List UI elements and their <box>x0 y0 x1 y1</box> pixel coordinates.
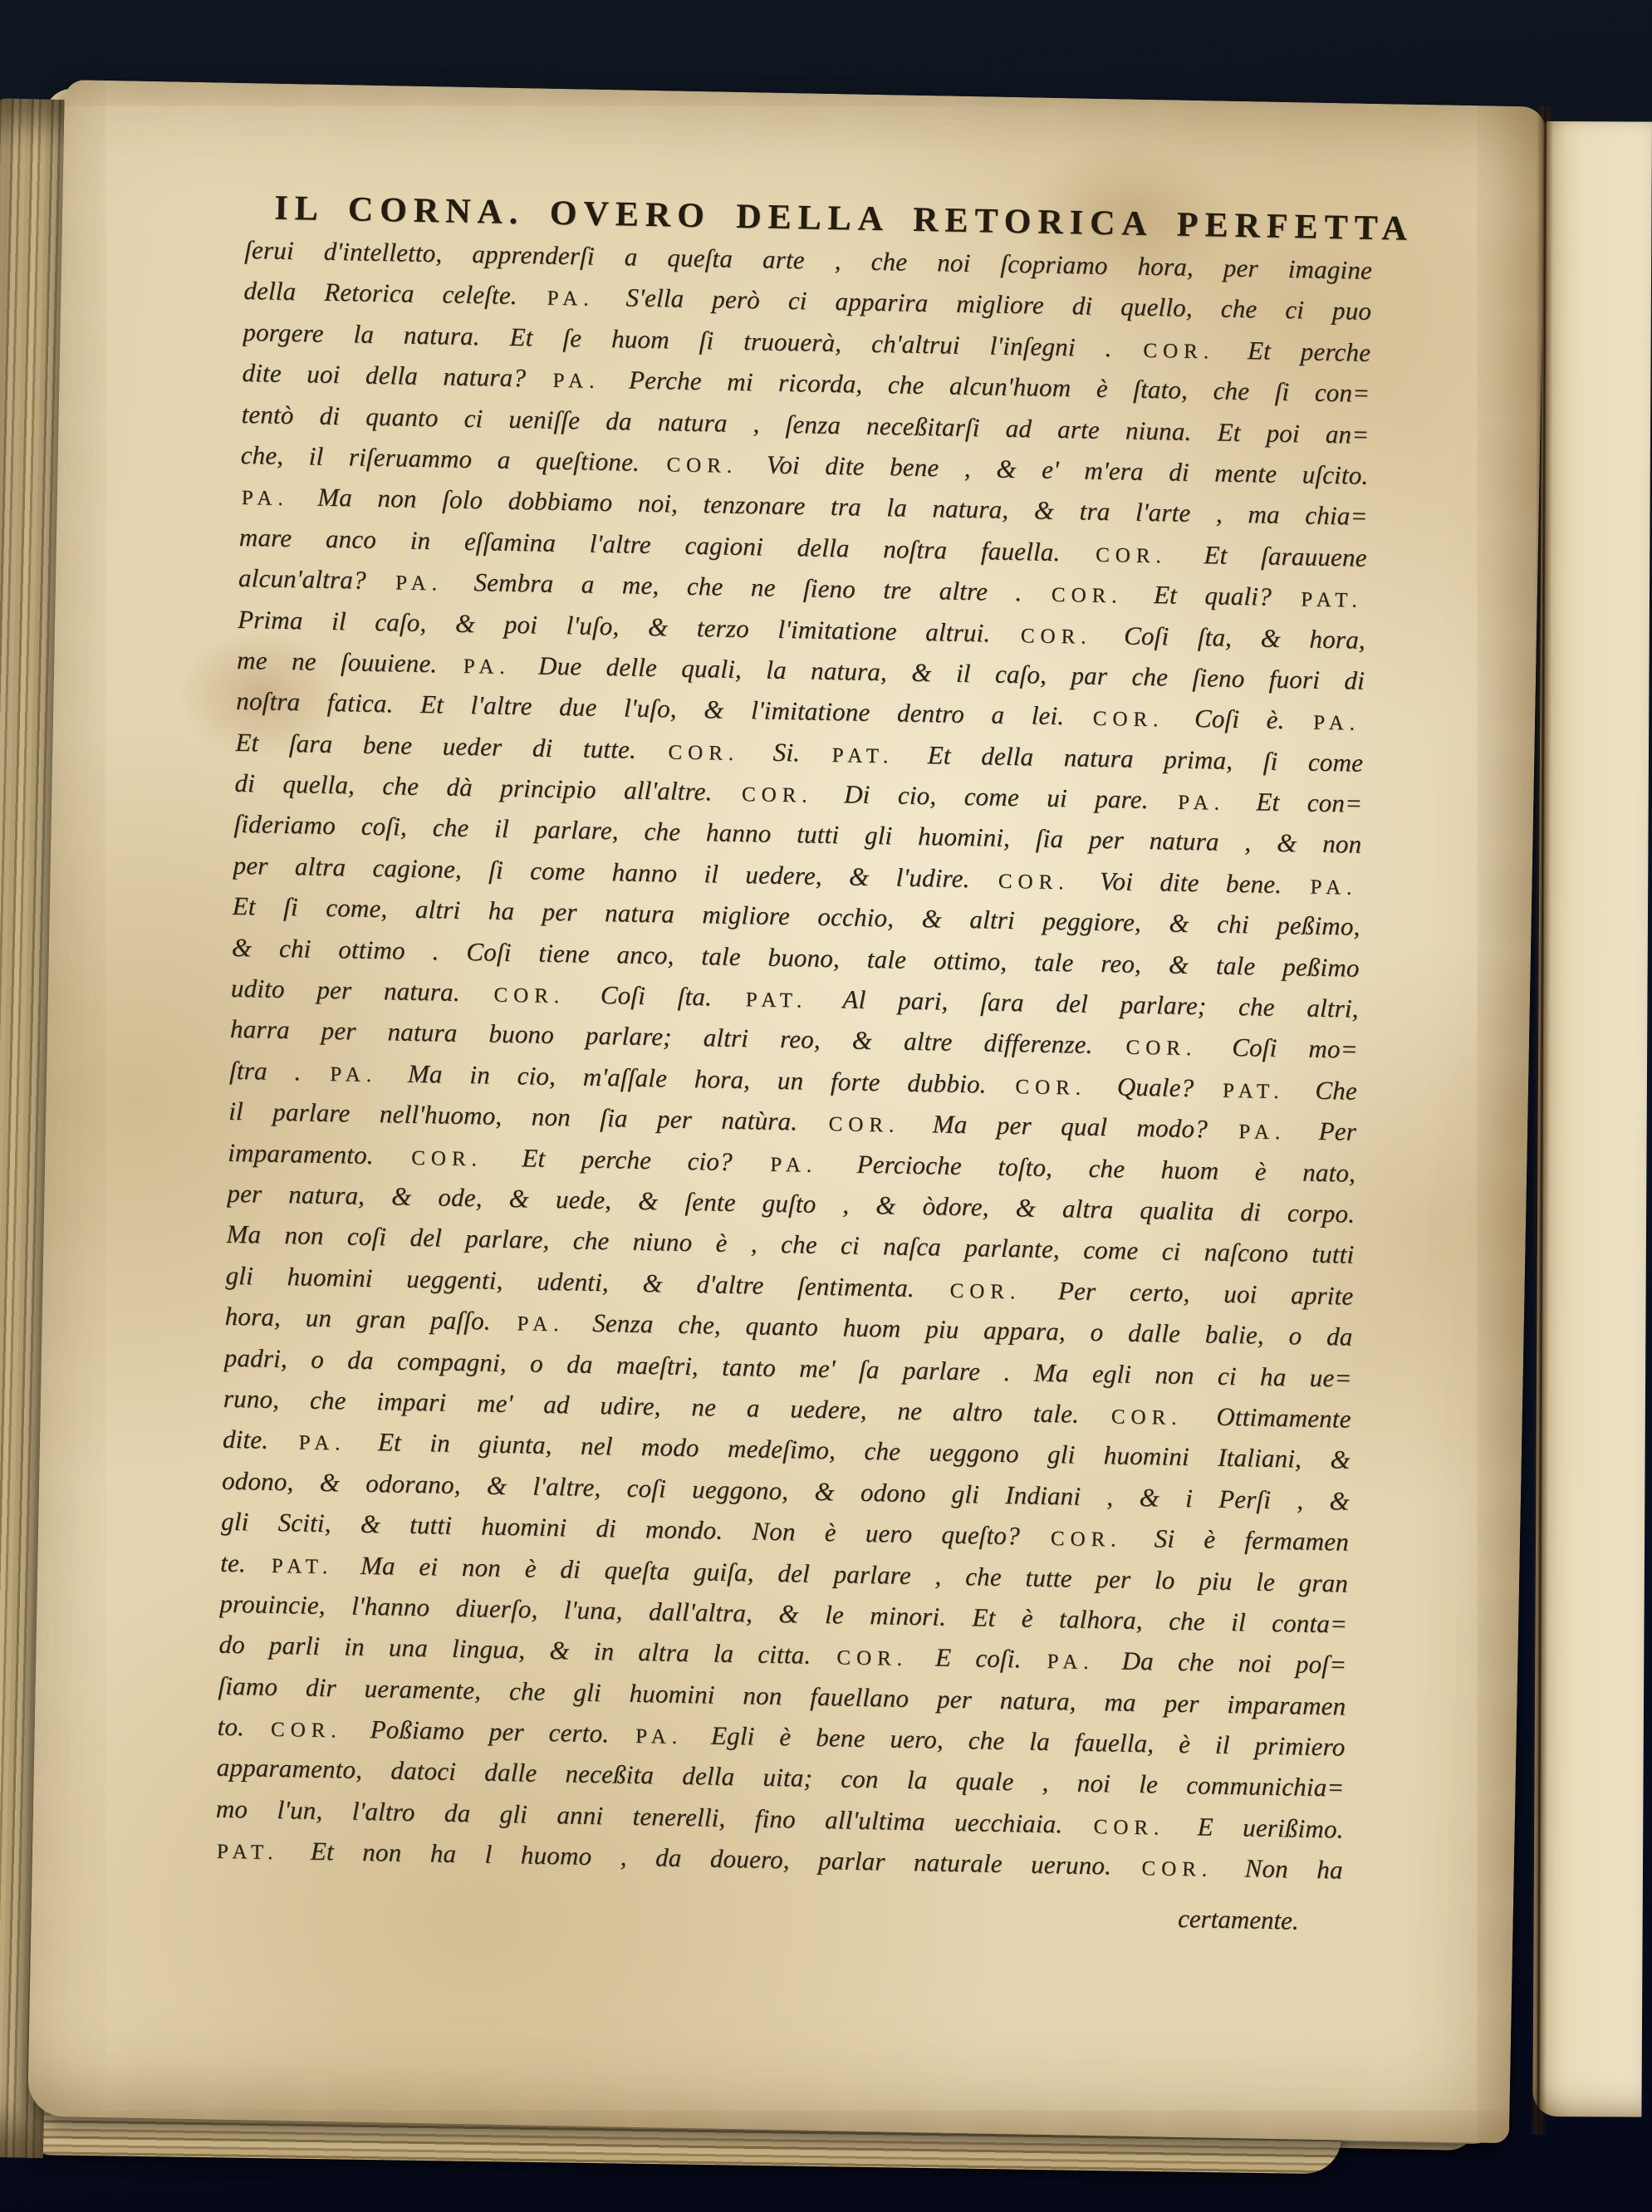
text-run: Perche mi ricorda, che alcun'huom è ſtat… <box>603 365 1370 408</box>
speaker-label: COR. <box>1091 1816 1168 1840</box>
text-run: della Retorica celeſte. <box>243 276 546 311</box>
text-run: Coſi mo= <box>1200 1032 1358 1064</box>
text-run: hora, un gran paſſo. <box>224 1302 515 1336</box>
speaker-label: PA. <box>634 1725 686 1749</box>
speaker-label: COR. <box>826 1113 903 1137</box>
text-run: Ma in cio, m'aſſale hora, un forte dubbi… <box>380 1058 1014 1099</box>
text-run: Si. <box>743 737 831 768</box>
text-run: Egli è bene uero, che la fauella, è il p… <box>686 1720 1346 1762</box>
speaker-label: PAT. <box>269 1554 336 1577</box>
text-block: ſerui d'intelletto, apprenderſi a queſta… <box>213 229 1372 1942</box>
speaker-label: PA. <box>328 1063 380 1086</box>
text-run: Di cio, come ui pare. <box>816 779 1176 815</box>
text-run: Per <box>1289 1116 1356 1145</box>
text-run: Non ha <box>1216 1853 1343 1885</box>
speaker-label: PA. <box>515 1312 567 1336</box>
text-run: gli huomini ueggenti, udenti, & d'altre … <box>225 1261 949 1303</box>
speaker-label: PAT. <box>215 1841 282 1864</box>
speaker-label: PAT. <box>830 744 897 768</box>
text-run: te. <box>220 1547 270 1577</box>
speaker-label: PA. <box>297 1432 349 1455</box>
speaker-label: COR. <box>1094 544 1170 568</box>
text-run: Ottimamente <box>1185 1401 1351 1434</box>
speaker-label: COR. <box>1049 1528 1125 1552</box>
speaker-label: PA. <box>1045 1650 1097 1674</box>
text-run: Per certo, uoi aprite <box>1024 1275 1354 1310</box>
text-run: Da che noi poſ= <box>1097 1646 1346 1679</box>
text-run: do parli in una lingua, & in altra la ci… <box>218 1630 836 1670</box>
text-run: Ma per qual modo? <box>903 1109 1238 1144</box>
text-run: che, il riſeruammo a queſtione. <box>240 440 664 477</box>
speaker-label: PA. <box>1237 1121 1289 1144</box>
speaker-label: PA. <box>1308 875 1360 899</box>
speaker-label: PA. <box>240 487 292 510</box>
speaker-label: PA. <box>394 571 446 595</box>
speaker-label: COR. <box>1013 1076 1090 1100</box>
text-run: di quella, che dà principio all'altre. <box>234 768 740 807</box>
text-run: Al pari, ſara del parlare; che altri, <box>811 984 1359 1023</box>
text-run: E uerißimo. <box>1168 1812 1344 1844</box>
text-run: imparamento. <box>228 1137 410 1170</box>
speaker-label: COR. <box>997 871 1073 895</box>
text-run: Sembra a me, che ne ſieno tre altre . <box>446 567 1051 607</box>
text-run: Coſi è. <box>1167 704 1311 735</box>
speaker-label: COR. <box>409 1146 486 1170</box>
text-run: Et ſarauuene <box>1170 539 1368 571</box>
speaker-label: COR. <box>740 783 816 807</box>
speaker-label: COR. <box>1124 1037 1200 1061</box>
text-run: Et perche <box>1218 335 1371 366</box>
speaker-label: PA. <box>1311 712 1364 735</box>
text-run: E coſi. <box>911 1642 1046 1674</box>
text-run: Quale? <box>1090 1072 1222 1103</box>
speaker-label: PAT. <box>1299 588 1366 611</box>
speaker-label: COR. <box>666 741 743 765</box>
text-run: Coſi ſta, & hora, <box>1095 620 1365 654</box>
text-run: ſtra . <box>229 1056 329 1086</box>
speaker-label: PA. <box>551 370 603 393</box>
speaker-label: COR. <box>1091 708 1168 732</box>
text-run: udito per natura. <box>231 974 493 1008</box>
text-run: Et quali? <box>1125 580 1299 612</box>
speaker-label: COR. <box>1019 625 1096 649</box>
text-run: il parlare nell'huomo, non ſia per natùr… <box>228 1096 827 1136</box>
text-run: Coſi ſta. <box>568 979 744 1012</box>
speaker-label: COR. <box>1050 584 1126 608</box>
text-run: Percioche toſto, che huom è nato, <box>821 1148 1356 1187</box>
text-run: Et ſara bene ueder di tutte. <box>235 728 667 765</box>
text-run: dite. <box>223 1425 297 1455</box>
speaker-label: COR. <box>1110 1405 1186 1430</box>
speaker-label: COR. <box>1140 1857 1216 1881</box>
text-run: dite uoi della natura? <box>242 358 551 393</box>
book-photo-scene: IL CORNA. OVERO DELLA RETORICA PERFETTA … <box>0 0 1652 2212</box>
speaker-label: PA. <box>462 655 514 679</box>
speaker-label: PAT. <box>743 988 811 1012</box>
speaker-label: COR. <box>492 984 568 1008</box>
text-run: to. <box>217 1712 269 1742</box>
speaker-label: PA. <box>545 287 597 311</box>
text-run: Voi dite bene , & e' m'era di mente uſci… <box>741 449 1369 490</box>
speaker-label: COR. <box>664 454 741 478</box>
catchword: certamente. <box>213 1880 1342 1941</box>
speaker-label: PA. <box>768 1153 821 1176</box>
text-run: Poßiamo per certo. <box>345 1714 634 1749</box>
text-run: alcun'altra? <box>238 563 395 595</box>
text-run: Si è fermamen <box>1125 1523 1349 1557</box>
text-run: Et della natura prima, ſi come <box>897 739 1364 777</box>
text-run: Et perche cio? <box>486 1142 769 1176</box>
text-run: Voi dite bene. <box>1072 866 1309 899</box>
speaker-label: COR. <box>835 1647 911 1671</box>
text-run: Et con= <box>1228 787 1363 818</box>
text-run: me ne ſouuiene. <box>237 645 462 679</box>
speaker-label: PA. <box>1176 792 1228 815</box>
book-page: IL CORNA. OVERO DELLA RETORICA PERFETTA … <box>27 80 1547 2143</box>
speaker-label: COR. <box>1141 340 1218 364</box>
speaker-label: PAT. <box>1221 1080 1288 1103</box>
text-run: Che <box>1287 1075 1357 1106</box>
speaker-label: COR. <box>948 1280 1024 1304</box>
speaker-label: COR. <box>269 1719 346 1743</box>
